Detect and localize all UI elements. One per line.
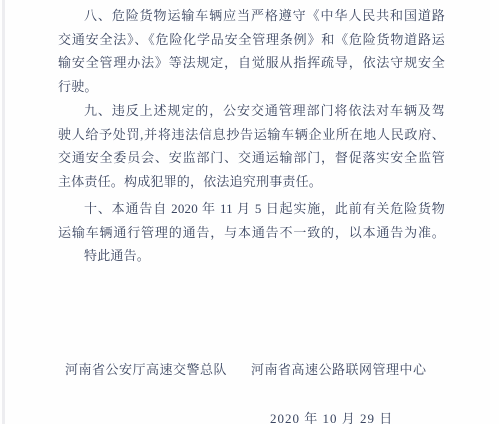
signature-police-corps: 河南省公安厅高速交警总队 bbox=[65, 358, 227, 382]
paragraph-8-line-3: 输安全管理办法》等法规定，自觉服从指挥疏导，依法守规安全 bbox=[58, 51, 445, 75]
paragraph-10: 十、本通告自 2020 年 11 月 5 日起实施，此前有关危险货物 运输车辆通… bbox=[58, 197, 445, 244]
paragraph-9-line-4: 主体责任。构成犯罪的，依法追究刑事责任。 bbox=[58, 170, 445, 194]
paragraph-8-line-2: 交通安全法》、《危险化学品安全管理条例》和《危险货物道路运 bbox=[58, 28, 445, 52]
paragraph-8: 八、危险货物运输车辆应当严格遵守《中华人民共和国道路 交通安全法》、《危险化学品… bbox=[58, 4, 445, 98]
closing-paragraph: 特此通告。 bbox=[58, 244, 445, 268]
closing-line: 特此通告。 bbox=[58, 244, 445, 268]
paragraph-8-line-1: 八、危险货物运输车辆应当严格遵守《中华人民共和国道路 bbox=[58, 4, 445, 28]
notice-document-page: 八、危险货物运输车辆应当严格遵守《中华人民共和国道路 交通安全法》、《危险化学品… bbox=[0, 0, 499, 424]
signature-highway-center: 河南省高速公路联网管理中心 bbox=[251, 358, 427, 382]
notice-body: 八、危险货物运输车辆应当严格遵守《中华人民共和国道路 交通安全法》、《危险化学品… bbox=[58, 4, 445, 424]
paragraph-9-line-1: 九、违反上述规定的，公安交通管理部门将依法对车辆及驾 bbox=[58, 99, 445, 123]
paragraph-8-line-4: 行驶。 bbox=[58, 75, 445, 99]
page-left-edge bbox=[2, 0, 5, 424]
paragraph-10-line-1: 十、本通告自 2020 年 11 月 5 日起实施，此前有关危险货物 bbox=[58, 197, 445, 221]
paragraph-9: 九、违反上述规定的，公安交通管理部门将依法对车辆及驾 驶人给予处罚,并将违法信息… bbox=[58, 99, 445, 193]
paragraph-9-line-3: 交通安全委员会、安监部门、交通运输部门，督促落实安全监管 bbox=[58, 146, 445, 170]
date-line: 2020 年 10 月 29 日 bbox=[58, 407, 445, 424]
paragraph-10-line-2: 运输车辆通行管理的通告，与本通告不一致的，以本通告为准。 bbox=[58, 221, 445, 245]
signature-row: 河南省公安厅高速交警总队 河南省高速公路联网管理中心 bbox=[58, 358, 445, 382]
paragraph-9-line-2: 驶人给予处罚,并将违法信息抄告运输车辆企业所在地人民政府、 bbox=[58, 123, 445, 147]
